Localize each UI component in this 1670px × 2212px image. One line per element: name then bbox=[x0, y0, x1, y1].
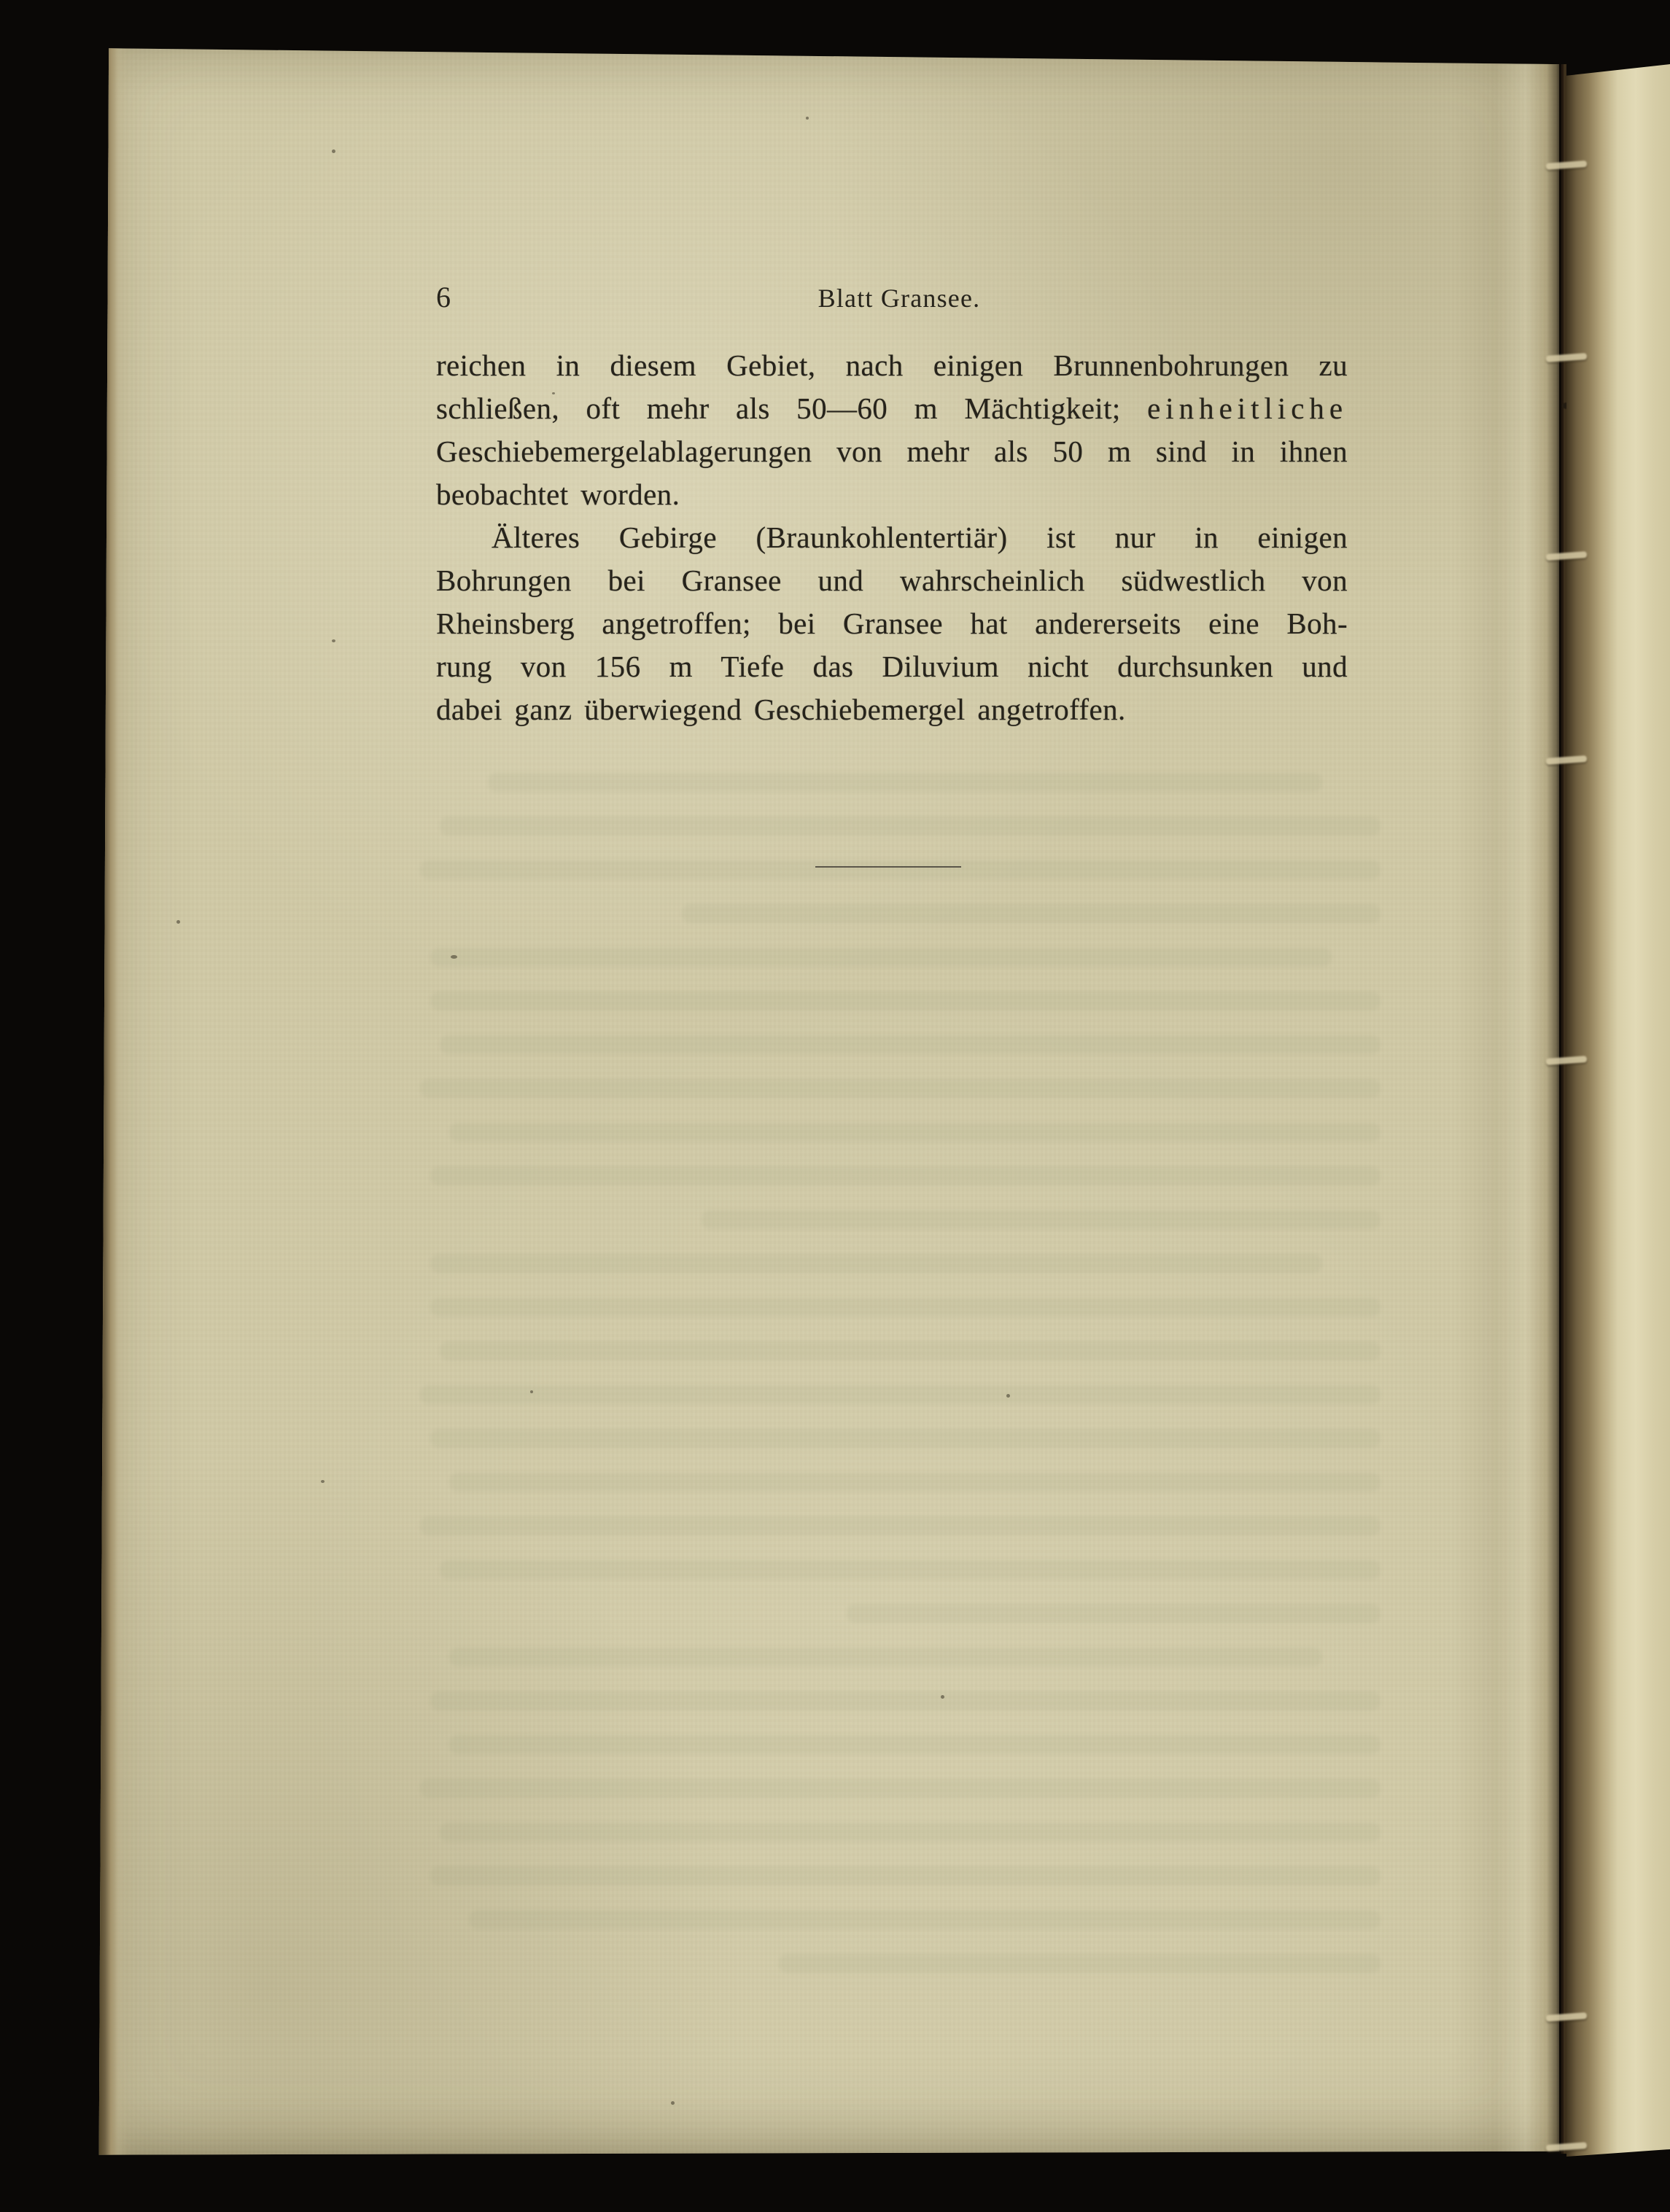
letterspaced-word: einheitliche bbox=[1147, 392, 1348, 425]
page-number: 6 bbox=[436, 281, 451, 314]
body-text-block: reichen in diesem Gebiet, nach einigen B… bbox=[436, 344, 1348, 731]
ghost-text-line bbox=[847, 1604, 1381, 1623]
ghost-text-line bbox=[469, 1910, 1380, 1929]
binding-gutter bbox=[1559, 64, 1566, 2154]
ghost-text-line bbox=[420, 860, 1380, 879]
ghost-text-line bbox=[440, 1560, 1380, 1579]
ghost-text-line bbox=[430, 948, 1332, 967]
ghost-text-line bbox=[449, 1648, 1322, 1667]
page-header: 6 Blatt Gransee. bbox=[436, 281, 1348, 314]
page-stack-edge bbox=[93, 29, 144, 2157]
ghost-text-line bbox=[430, 992, 1380, 1010]
showthrough-ghost-text bbox=[411, 773, 1380, 2012]
ghost-text-line bbox=[440, 1823, 1380, 1842]
text-line: schließen, oft mehr als 50—60 m Mächtigk… bbox=[436, 387, 1348, 430]
text-line: beobachtet worden. bbox=[436, 473, 1348, 516]
ghost-text-line bbox=[779, 1954, 1380, 1973]
ghost-text-line bbox=[682, 904, 1380, 923]
ghost-text-line bbox=[449, 1473, 1380, 1492]
separator-rule bbox=[815, 866, 961, 868]
running-title: Blatt Gransee. bbox=[451, 282, 1348, 314]
text-line: dabei ganz überwiegend Geschiebemergel a… bbox=[436, 688, 1348, 731]
dust-speck bbox=[806, 117, 809, 120]
ghost-text-line bbox=[440, 1035, 1380, 1054]
facing-page-edge bbox=[1566, 64, 1670, 2157]
text-line: Rheinsberg angetroffen; bei Gransee hat … bbox=[436, 602, 1348, 645]
gutter-inner-shadow bbox=[1451, 29, 1561, 2157]
dust-speck bbox=[332, 639, 335, 642]
ghost-text-line bbox=[430, 1254, 1323, 1273]
ghost-text-line bbox=[420, 1516, 1380, 1535]
ghost-text-line bbox=[440, 1341, 1380, 1360]
ghost-text-line bbox=[420, 1079, 1380, 1098]
ghost-text-line bbox=[440, 817, 1380, 836]
dust-speck bbox=[321, 1480, 325, 1483]
book-page: 6 Blatt Gransee. reichen in diesem Gebie… bbox=[93, 29, 1561, 2157]
text-line: Älteres Gebirge (Braunkohlentertiär) ist… bbox=[436, 516, 1348, 559]
ghost-text-line bbox=[420, 1385, 1380, 1404]
text-line: Geschiebemergelablagerungen von mehr als… bbox=[436, 430, 1348, 473]
ghost-text-line bbox=[420, 1779, 1380, 1798]
text-line: Bohrungen bei Gransee und wahrscheinlich… bbox=[436, 559, 1348, 602]
ghost-text-line bbox=[449, 1123, 1380, 1142]
dust-speck bbox=[176, 920, 180, 924]
text-line: rung von 156 m Tiefe das Diluvium nicht … bbox=[436, 645, 1348, 688]
ghost-text-line bbox=[702, 1210, 1380, 1229]
ghost-text-line bbox=[430, 1866, 1380, 1885]
ghost-text-line bbox=[430, 1167, 1380, 1185]
text-line-segment: schließen, oft mehr als 50—60 m Mächtigk… bbox=[436, 392, 1147, 425]
ghost-text-line bbox=[449, 1735, 1380, 1754]
dust-speck bbox=[332, 149, 335, 153]
text-line: reichen in diesem Gebiet, nach einigen B… bbox=[436, 344, 1348, 387]
scanner-background: 6 Blatt Gransee. reichen in diesem Gebie… bbox=[0, 0, 1670, 2212]
ghost-text-line bbox=[430, 1429, 1380, 1448]
dust-speck bbox=[671, 2101, 675, 2105]
ghost-text-line bbox=[488, 773, 1322, 792]
ghost-text-line bbox=[430, 1691, 1380, 1710]
ghost-text-line bbox=[430, 1298, 1380, 1317]
